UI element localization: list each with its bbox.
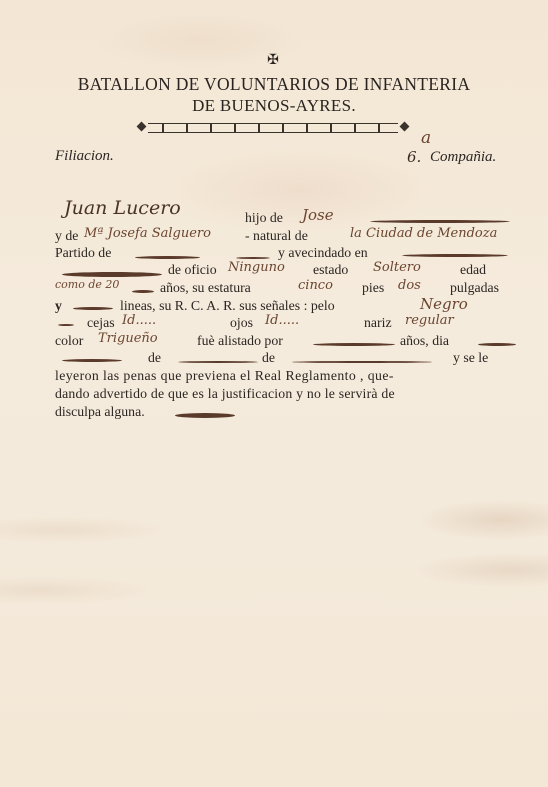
recruit-name: Juan Lucero xyxy=(64,197,181,219)
closing-text-line3: disculpa alguna. xyxy=(55,404,145,420)
closing-text-line1: leyeron las penas que previena el Real R… xyxy=(55,368,394,384)
partido-de-label: Partido de xyxy=(55,245,111,261)
birthplace: la Ciudad de Mendoza xyxy=(350,226,497,241)
eyes: Id..... xyxy=(265,313,299,328)
blank-line xyxy=(236,257,270,259)
hair-color: Negro xyxy=(420,295,468,313)
age: como de 20 xyxy=(55,278,119,291)
blank-line xyxy=(478,343,516,346)
height-feet: cinco xyxy=(298,278,333,293)
height-inches: dos xyxy=(398,278,421,293)
blank-line xyxy=(370,220,510,223)
blank-line xyxy=(62,272,162,277)
estatura-label: años, su estatura xyxy=(160,280,251,296)
complexion: Trigueño xyxy=(98,331,158,346)
blank-line xyxy=(62,359,122,362)
blank-line xyxy=(132,290,154,293)
blank-line xyxy=(73,307,113,310)
blank-line xyxy=(402,254,508,257)
father-name: Jose xyxy=(302,206,334,224)
pies-label: pies xyxy=(362,280,384,296)
occupation: Ninguno xyxy=(228,260,285,275)
oficio-label: de oficio xyxy=(168,262,217,278)
pulgadas-label: pulgadas xyxy=(450,280,499,296)
estado-label: estado xyxy=(313,262,348,278)
ojos-label: ojos xyxy=(230,315,253,331)
avecindado-label: y avecindado en xyxy=(278,245,368,261)
y-de-label: y de xyxy=(55,228,78,244)
company-label: Compañia. xyxy=(430,149,496,166)
de-label-1: de xyxy=(148,350,161,366)
lineas-label: lineas, su R. C. A. R. sus señales : pel… xyxy=(120,298,335,314)
company-number: 6. xyxy=(407,148,421,166)
hijo-de-label: hijo de xyxy=(245,210,283,226)
cejas-label: cejas xyxy=(87,315,115,331)
nariz-label: nariz xyxy=(364,315,392,331)
ornamental-rule xyxy=(148,123,398,133)
alistado-label: fuè alistado por xyxy=(197,333,283,349)
y-label: y xyxy=(55,298,62,314)
mother-name: Mª Josefa Salguero xyxy=(84,226,211,241)
document-subtitle: DE BUENOS-AYRES. xyxy=(0,96,548,116)
blank-line xyxy=(58,324,74,326)
anos-dia-label: años, dia xyxy=(400,333,449,349)
de-label-2: de xyxy=(262,350,275,366)
closing-flourish xyxy=(175,413,235,418)
edad-label: edad xyxy=(460,262,486,278)
eyebrows: Id..... xyxy=(122,313,156,328)
natural-de-label: - natural de xyxy=(245,228,308,244)
filiacion-label: Filiacion. xyxy=(55,148,114,165)
blank-line xyxy=(135,256,200,259)
company-superscript: a xyxy=(421,128,431,148)
cross-icon: ✠ xyxy=(266,53,280,67)
blank-line xyxy=(313,343,395,346)
y-se-le-label: y se le xyxy=(453,350,488,366)
closing-text-line2: dando advertido de que es la justificaci… xyxy=(55,386,395,402)
nose: regular xyxy=(405,313,454,328)
blank-line xyxy=(178,361,258,363)
document-title: BATALLON DE VOLUNTARIOS DE INFANTERIA xyxy=(0,74,548,95)
color-label: color xyxy=(55,333,83,349)
blank-line xyxy=(292,361,432,363)
marital-status: Soltero xyxy=(373,260,421,275)
